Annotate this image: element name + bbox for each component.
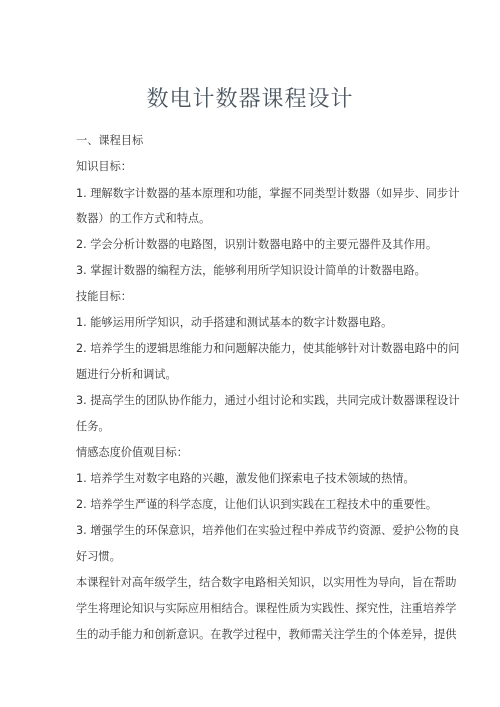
paragraph-line: 2. 学会分析计数器的电路图，识别计数器电路中的主要元器件及其作用。 xyxy=(76,236,437,252)
document-title: 数电计数器课程设计 xyxy=(0,82,500,113)
paragraph-line: 2. 培养学生的逻辑思维能力和问题解决能力，使其能够针对计数器电路中的问 xyxy=(76,340,459,356)
paragraph-line: 1. 理解数字计数器的基本原理和功能，掌握不同类型计数器（如异步、同步计 xyxy=(76,185,459,201)
paragraph-line: 1. 培养学生对数字电路的兴趣，激发他们探索电子技术领域的热情。 xyxy=(76,470,415,486)
paragraph-line: 题进行分析和调试。 xyxy=(76,366,177,382)
paragraph-line: 数器）的工作方式和特点。 xyxy=(76,210,210,226)
paragraph-line: 2. 培养学生严谨的科学态度，让他们认识到实践在工程技术中的重要性。 xyxy=(76,496,437,512)
subheading: 情感态度价值观目标： xyxy=(76,444,188,460)
subheading: 知识目标： xyxy=(76,158,132,174)
section-heading: 一、课程目标 xyxy=(76,132,143,148)
paragraph-line: 3. 提高学生的团队协作能力，通过小组讨论和实践，共同完成计数器课程设计 xyxy=(76,392,459,408)
paragraph-line: 3. 掌握计数器的编程方法，能够利用所学知识设计简单的计数器电路。 xyxy=(76,262,426,278)
paragraph-line: 好习惯。 xyxy=(76,548,121,564)
subheading: 技能目标： xyxy=(76,288,132,304)
paragraph-line: 3. 增强学生的环保意识，培养他们在实验过程中养成节约资源、爱护公物的良 xyxy=(76,522,459,538)
paragraph-line: 本课程针对高年级学生，结合数字电路相关知识，以实用性为导向，旨在帮助 xyxy=(76,574,456,590)
paragraph-line: 生的动手能力和创新意识。在教学过程中，教师需关注学生的个体差异，提供 xyxy=(76,626,456,642)
paragraph-line: 任务。 xyxy=(76,418,110,434)
paragraph-line: 1. 能够运用所学知识，动手搭建和测试基本的数字计数器电路。 xyxy=(76,314,392,330)
paragraph-line: 学生将理论知识与实际应用相结合。课程性质为实践性、探究性，注重培养学 xyxy=(76,600,456,616)
